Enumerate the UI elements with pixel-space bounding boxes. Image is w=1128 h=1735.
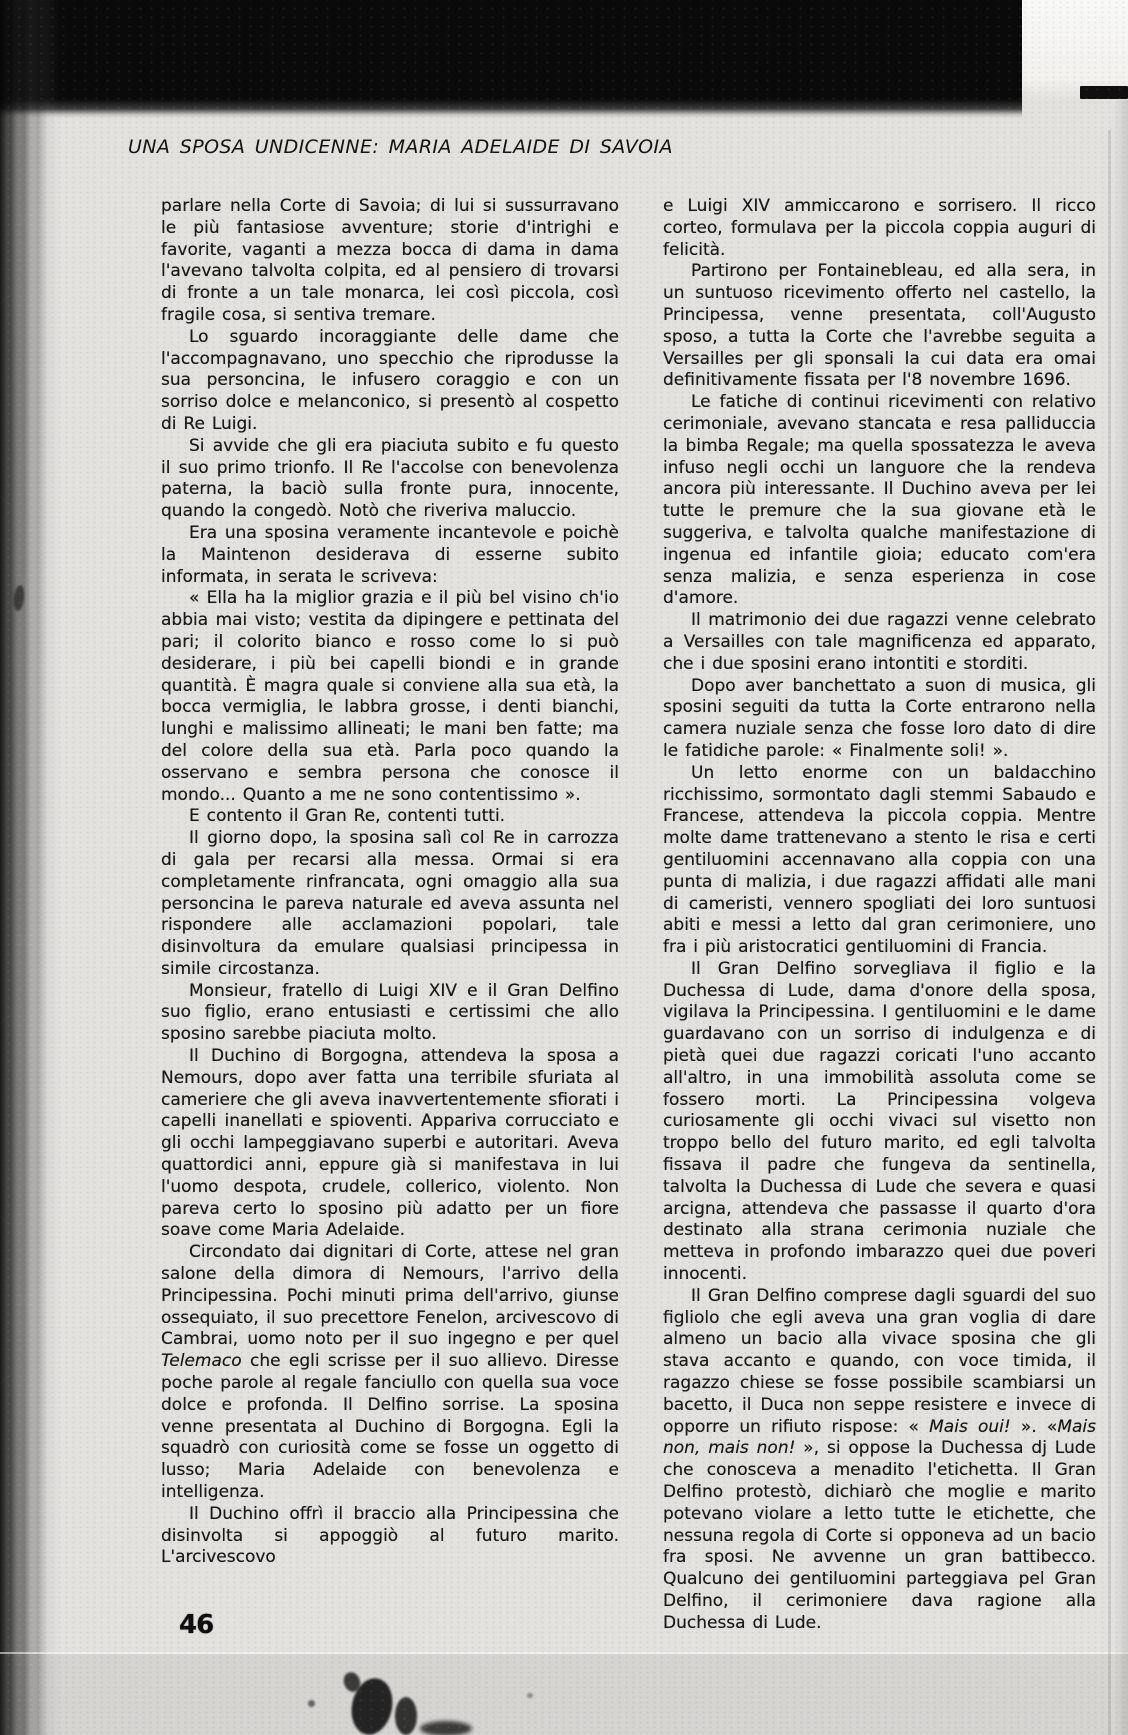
column-left: parlare nella Corte di Savoia; di lui si… [161,196,619,1635]
text-run: Il giorno dopo, la sposina salì col Re i… [161,828,619,979]
text-run: Si avvide che gli era piaciuta subito e … [161,436,619,521]
text-run: », si oppose la Duchessa dj Lude che con… [663,1438,1096,1632]
page-corner-highlight [1022,0,1128,100]
paragraph: Si avvide che gli era piaciuta subito e … [161,436,619,523]
text-run: Il Gran Delfino sorvegliava il figlio e … [663,959,1096,1284]
text-run: ». « [1011,1417,1058,1437]
scan-top-black-band [0,0,1022,118]
ink-speck [527,1693,533,1698]
paragraph: Partirono per Fontainebleau, ed alla ser… [663,261,1096,392]
text-run: Partirono per Fontainebleau, ed alla ser… [663,261,1096,390]
lower-paper-shade [0,1654,1128,1735]
running-head-title: UNA SPOSA UNDICENNE: MARIA ADELAIDE DI S… [128,136,673,158]
text-run: Il matrimonio dei due ragazzi venne cele… [663,610,1096,674]
column-right: e Luigi XIV ammiccarono e sorrisero. Il … [663,196,1096,1635]
paragraph: Lo sguardo incoraggiante delle dame che … [161,327,619,436]
text-run: parlare nella Corte di Savoia; di lui si… [161,196,619,325]
paragraph: Circondato dai dignitari di Corte, attes… [161,1242,619,1504]
text-columns: parlare nella Corte di Savoia; di lui si… [161,196,1096,1635]
paragraph: Un letto enorme con un baldacchino ricch… [663,763,1096,959]
page-edge-line [1108,130,1111,1735]
paragraph: E contento il Gran Re, contenti tutti. [161,806,619,828]
paragraph: Il Duchino offrì il braccio alla Princip… [161,1504,619,1569]
paragraph: Monsieur, fratello di Luigi XIV e il Gra… [161,981,619,1046]
italic-text-run: Mais oui! [929,1417,1011,1437]
text-run: Circondato dai dignitari di Corte, attes… [161,1242,619,1349]
text-run: che egli scrisse per il suo allievo. Dir… [161,1351,619,1502]
text-run: Dopo aver banchettato a suon di musica, … [663,676,1096,761]
scan-edge-mark [1080,86,1128,99]
paragraph: Il Duchino di Borgogna, attendeva la spo… [161,1046,619,1242]
text-run: « Ella ha la miglior grazia e il più bel… [161,588,619,804]
paragraph: Il giorno dopo, la sposina salì col Re i… [161,828,619,981]
ink-smudge [395,1697,417,1735]
ink-smudge [420,1721,472,1735]
paragraph: Le fatiche di continui ricevimenti con r… [663,392,1096,610]
text-run: Il Duchino di Borgogna, attendeva la spo… [161,1046,619,1240]
scanned-book-page: UNA SPOSA UNDICENNE: MARIA ADELAIDE DI S… [0,0,1128,1735]
paragraph: parlare nella Corte di Savoia; di lui si… [161,196,619,327]
paragraph: Dopo aver banchettato a suon di musica, … [663,676,1096,763]
paragraph: Il matrimonio dei due ragazzi venne cele… [663,610,1096,675]
text-run: e Luigi XIV ammiccarono e sorrisero. Il … [663,196,1096,260]
paragraph: Era una sposina veramente incantevole e … [161,523,619,588]
text-run: Le fatiche di continui ricevimenti con r… [663,392,1096,608]
binding-gutter-shadow [0,0,60,1735]
paragraph: e Luigi XIV ammiccarono e sorrisero. Il … [663,196,1096,261]
paragraph: Il Gran Delfino comprese dagli sguardi d… [663,1286,1096,1635]
text-run: Lo sguardo incoraggiante delle dame che … [161,327,619,434]
text-run: Era una sposina veramente incantevole e … [161,523,619,587]
paragraph: Il Gran Delfino sorvegliava il figlio e … [663,959,1096,1286]
ink-speck [308,1700,315,1707]
right-edge-vignette [1114,100,1128,1735]
paragraph: « Ella ha la miglior grazia e il più bel… [161,588,619,806]
text-run: E contento il Gran Re, contenti tutti. [189,806,505,826]
italic-text-run: Telemaco [161,1351,242,1371]
text-run: Monsieur, fratello di Luigi XIV e il Gra… [161,981,619,1045]
text-run: Il Gran Delfino comprese dagli sguardi d… [663,1286,1096,1437]
text-run: Un letto enorme con un baldacchino ricch… [663,763,1096,957]
page-number: 46 [179,1610,213,1640]
text-run: Il Duchino offrì il braccio alla Princip… [161,1504,619,1568]
